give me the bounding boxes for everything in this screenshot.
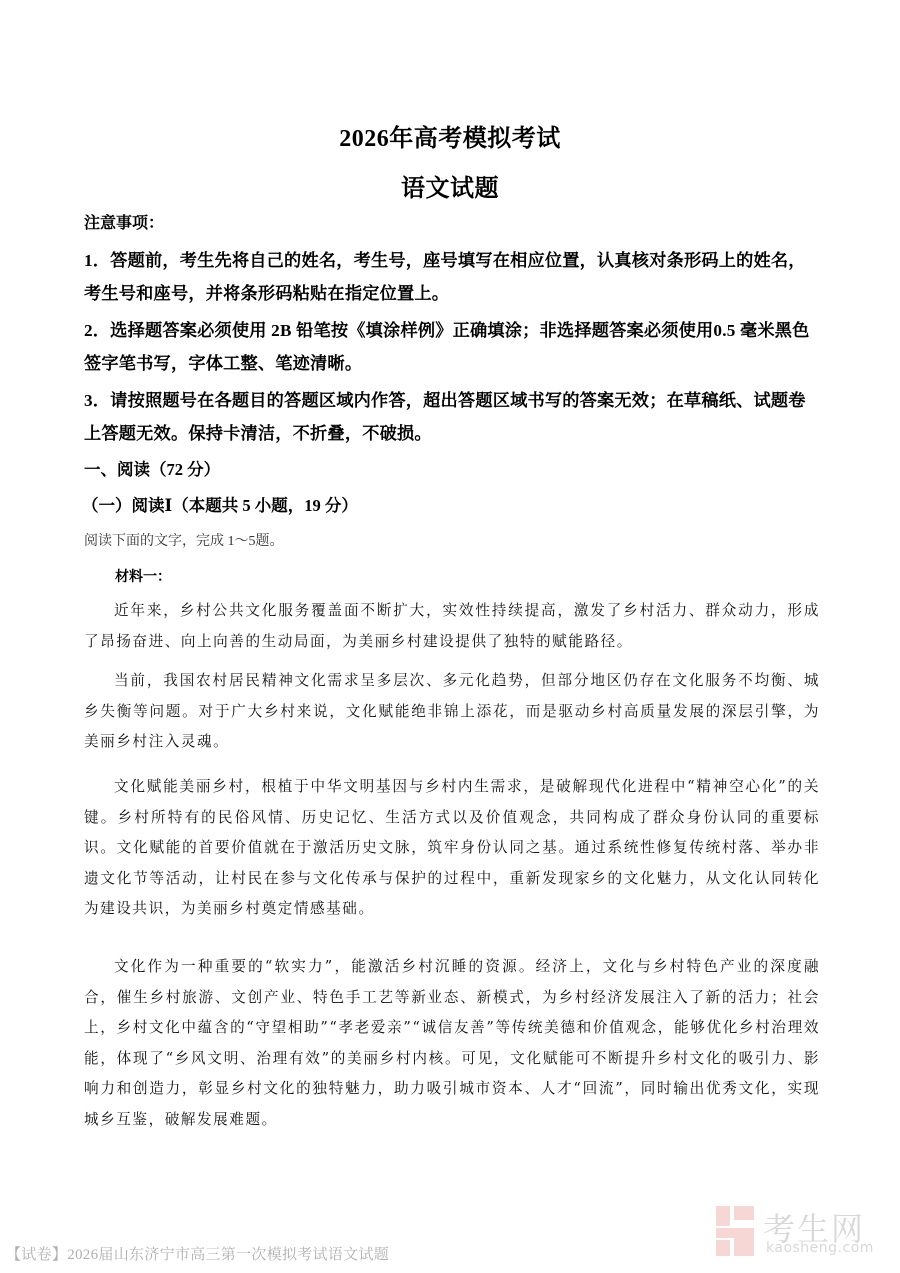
exam-title: 2026年高考模拟考试 (0, 118, 900, 153)
notice-item-1: 1．答题前，考生先将自己的姓名，考生号，座号填写在相应位置，认真核对条形码上的姓… (84, 244, 816, 310)
reading-instruction: 阅读下面的文字，完成 1～5题。 (84, 530, 284, 550)
kaosheng-watermark: 考生网 kaosheng.com (716, 1206, 892, 1262)
material-label: 材料一： (115, 566, 171, 586)
exam-subtitle: 语文试题 (0, 168, 900, 203)
notice-item-3: 3．请按照题号在各题目的答题区域内作答，超出答题区域书写的答案无效；在草稿纸、试… (84, 384, 816, 450)
paragraph-1: 近年来，乡村公共文化服务覆盖面不断扩大，实效性持续提高，激发了乡村活力、群众动力… (84, 596, 820, 657)
footer-caption: 【试卷】2026届山东济宁市高三第一次模拟考试语文试题 (6, 1243, 389, 1264)
watermark-brand-en: kaosheng.com (766, 1240, 874, 1256)
paragraph-4: 文化作为一种重要的“软实力”，能激活乡村沉睡的资源。经济上，文化与乡村特色产业的… (84, 952, 820, 1135)
paragraph-3: 文化赋能美丽乡村，根植于中华文明基因与乡村内生需求，是破解现代化进程中“精神空心… (84, 772, 820, 925)
notice-heading: 注意事项： (84, 210, 164, 233)
section-subheading: （一）阅读Ⅰ（本题共 5 小题，19 分） (82, 492, 358, 516)
section-heading: 一、阅读（72 分） (84, 456, 220, 480)
kaosheng-logo-icon (716, 1206, 756, 1256)
exam-page: 2026年高考模拟考试 语文试题 注意事项： 1．答题前，考生先将自己的姓名，考… (0, 0, 900, 1273)
notice-item-2: 2．选择题答案必须使用 2B 铅笔按《填涂样例》正确填涂；非选择题答案必须使用0… (84, 314, 816, 380)
paragraph-2: 当前，我国农村居民精神文化需求呈多层次、多元化趋势，但部分地区仍存在文化服务不均… (84, 666, 820, 758)
